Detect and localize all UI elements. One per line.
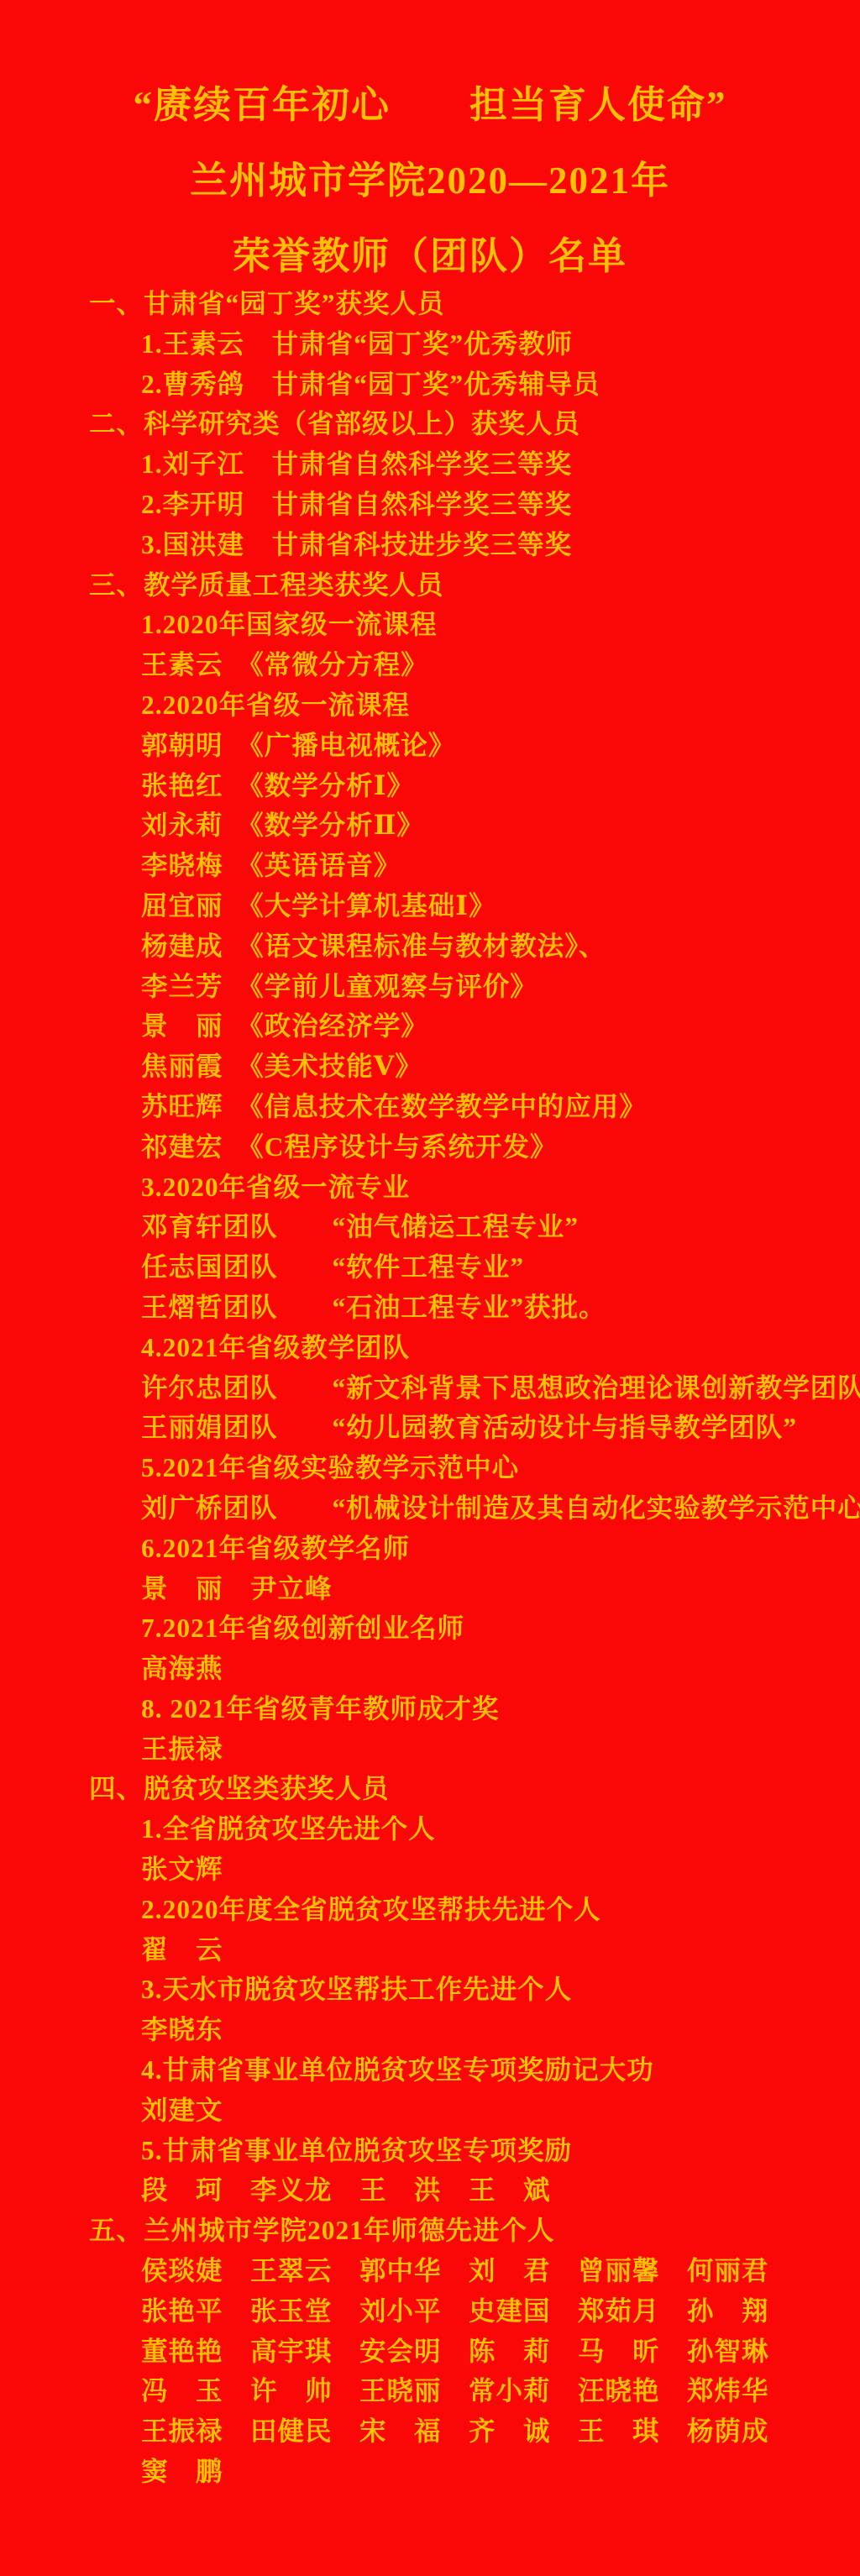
award-line: 李兰芳 《学前儿童观察与评价》 xyxy=(0,967,860,1007)
award-line: 景 丽 尹立峰 xyxy=(0,1569,860,1609)
award-line: 1.全省脱贫攻坚先进个人 xyxy=(0,1809,860,1849)
award-line: 翟 云 xyxy=(0,1930,860,1970)
award-line: 杨建成 《语文课程标准与教材教法》、 xyxy=(0,926,860,967)
names-row: 董艳艳 高宇琪 安会明 陈 莉 马 昕 孙智琳 xyxy=(0,2332,860,2372)
award-line: 2.李开明 甘肃省自然科学奖三等奖 xyxy=(0,485,860,525)
award-line: 李晓东 xyxy=(0,2010,860,2050)
award-line: 刘建文 xyxy=(0,2091,860,2131)
award-line: 2.曹秀鸽 甘肃省“园丁奖”优秀辅导员 xyxy=(0,365,860,405)
award-line: 李晓梅 《英语语音》 xyxy=(0,846,860,886)
section-heading-2: 二、科学研究类（省部级以上）获奖人员 xyxy=(0,404,860,444)
names-row: 侯琰婕 王翠云 郭中华 刘 君 曾丽馨 何丽君 xyxy=(0,2251,860,2291)
award-line: 6.2021年省级教学名师 xyxy=(0,1529,860,1569)
award-line: 段 珂 李义龙 王 洪 王 斌 xyxy=(0,2170,860,2211)
award-line: 郭朝明 《广播电视概论》 xyxy=(0,726,860,766)
award-line: 3.天水市脱贫攻坚帮扶工作先进个人 xyxy=(0,1970,860,2010)
award-line: 3.国洪建 甘肃省科技进步奖三等奖 xyxy=(0,525,860,565)
award-line: 王振禄 xyxy=(0,1729,860,1770)
title-list-name: 荣誉教师（团队）名单 xyxy=(0,218,860,294)
award-line: 王丽娟团队 “幼儿园教育活动设计与指导教学团队” xyxy=(0,1408,860,1448)
honor-roll-poster: “赓续百年初心 担当育人使命” 兰州城市学院2020—2021年 荣誉教师（团队… xyxy=(0,0,860,2576)
award-line: 3.2020年省级一流专业 xyxy=(0,1167,860,1208)
title-school-year: 兰州城市学院2020—2021年 xyxy=(0,143,860,218)
names-row: 张艳平 张玉堂 刘小平 史建国 郑茹月 孙 翔 xyxy=(0,2291,860,2332)
award-line: 任志国团队 “软件工程专业” xyxy=(0,1247,860,1288)
award-line: 高海燕 xyxy=(0,1649,860,1689)
award-line: 王熠哲团队 “石油工程专业”获批。 xyxy=(0,1288,860,1328)
award-line: 1.王素云 甘肃省“园丁奖”优秀教师 xyxy=(0,324,860,365)
names-row: 冯 玉 许 帅 王晓丽 常小莉 汪晓艳 郑炜华 xyxy=(0,2371,860,2411)
award-line: 5.甘肃省事业单位脱贫攻坚专项奖励 xyxy=(0,2131,860,2171)
title-motto: “赓续百年初心 担当育人使命” xyxy=(0,67,860,143)
award-line: 张艳红 《数学分析Ⅰ》 xyxy=(0,766,860,806)
award-line: 4.甘肃省事业单位脱贫攻坚专项奖励记大功 xyxy=(0,2050,860,2091)
award-line: 张文辉 xyxy=(0,1849,860,1890)
award-line: 屈宜丽 《大学计算机基础Ⅰ》 xyxy=(0,886,860,926)
award-line: 刘永莉 《数学分析Ⅱ》 xyxy=(0,805,860,846)
section-heading-3: 三、教学质量工程类获奖人员 xyxy=(0,565,860,606)
award-line: 5.2021年省级实验教学示范中心 xyxy=(0,1448,860,1488)
award-line: 2.2020年度全省脱贫攻坚帮扶先进个人 xyxy=(0,1890,860,1930)
award-line: 苏旺辉 《信息技术在数学教学中的应用》 xyxy=(0,1087,860,1127)
section-heading-1: 一、甘肃省“园丁奖”获奖人员 xyxy=(0,284,860,324)
award-line: 4.2021年省级教学团队 xyxy=(0,1328,860,1368)
document-header: “赓续百年初心 担当育人使命” 兰州城市学院2020—2021年 荣誉教师（团队… xyxy=(0,0,860,294)
award-line: 王素云 《常微分方程》 xyxy=(0,645,860,685)
award-line: 许尔忠团队 “新文科背景下思想政治理论课创新教学团队” xyxy=(0,1368,860,1409)
award-line: 8. 2021年省级青年教师成才奖 xyxy=(0,1689,860,1729)
award-line: 景 丽 《政治经济学》 xyxy=(0,1006,860,1047)
section-heading-4: 四、脱贫攻坚类获奖人员 xyxy=(0,1769,860,1809)
section-heading-5: 五、兰州城市学院2021年师德先进个人 xyxy=(0,2211,860,2251)
award-line: 1.刘子江 甘肃省自然科学奖三等奖 xyxy=(0,444,860,485)
award-line: 邓育轩团队 “油气储运工程专业” xyxy=(0,1207,860,1247)
document-body: 一、甘肃省“园丁奖”获奖人员 1.王素云 甘肃省“园丁奖”优秀教师 2.曹秀鸽 … xyxy=(0,284,860,2492)
award-line: 祁建宏 《C程序设计与系统开发》 xyxy=(0,1127,860,1167)
award-line: 焦丽霞 《美术技能Ⅴ》 xyxy=(0,1047,860,1087)
award-line: 刘广桥团队 “机械设计制造及其自动化实验教学示范中心” xyxy=(0,1488,860,1529)
award-line: 7.2021年省级创新创业名师 xyxy=(0,1608,860,1649)
award-line: 2.2020年省级一流课程 xyxy=(0,685,860,726)
names-row: 窦 鹏 xyxy=(0,2452,860,2492)
award-line: 1.2020年国家级一流课程 xyxy=(0,605,860,645)
names-row: 王振禄 田健民 宋 福 齐 诚 王 琪 杨荫成 xyxy=(0,2411,860,2452)
